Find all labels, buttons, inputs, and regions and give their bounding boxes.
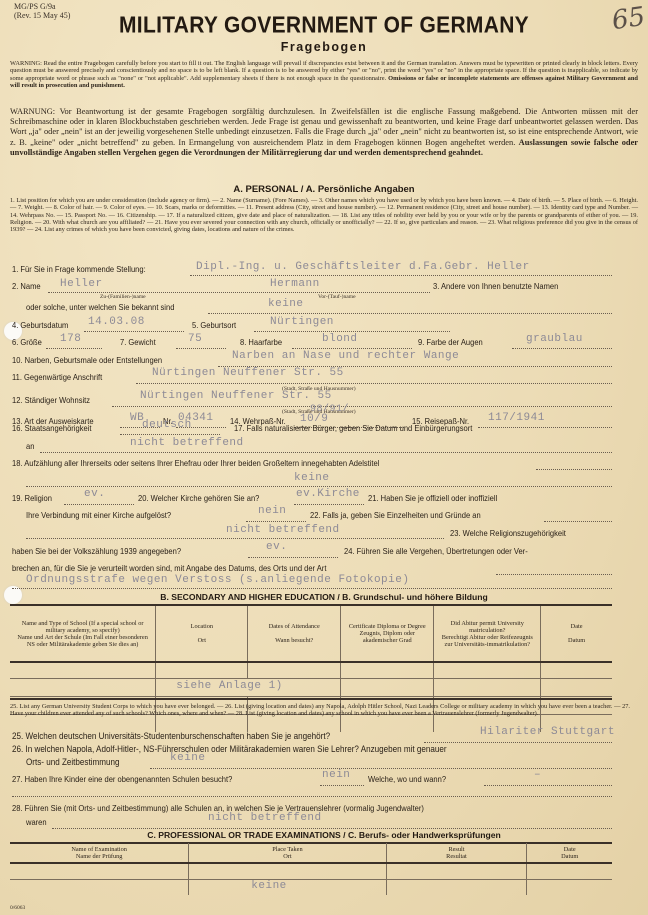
education-answer[interactable]: siehe Anlage 1) bbox=[176, 680, 283, 692]
q17-label-cont: an bbox=[26, 441, 34, 451]
q26-label-cont: Orts- und Zeitbestimmung bbox=[26, 757, 119, 767]
q8-answer[interactable]: blond bbox=[322, 333, 358, 345]
q9-label: 9. Farbe der Augen bbox=[418, 337, 483, 347]
q24-answer[interactable]: Ordnungsstrafe wegen Verstoss (s.anliege… bbox=[26, 574, 409, 586]
q27b-line bbox=[484, 785, 612, 786]
q16-label: 16. Staatsangehörigkeit bbox=[12, 423, 91, 433]
col-school: Name and Type of School (If a special sc… bbox=[10, 606, 156, 662]
q6-label: 6. Größe bbox=[12, 337, 42, 347]
section-b-table-bottom-rule bbox=[10, 698, 612, 700]
warning-german: WARNUNG: Vor Beantwortung ist der gesamt… bbox=[10, 107, 638, 158]
q18-answer[interactable]: keine bbox=[294, 472, 330, 484]
q17-line bbox=[40, 452, 612, 453]
q28-label-cont: waren bbox=[26, 817, 47, 827]
section-c-title: C. PROFESSIONAL OR TRADE EXAMINATIONS / … bbox=[0, 830, 648, 840]
q10-label: 10. Narben, Geburtsmale oder Entstellung… bbox=[12, 355, 162, 365]
q27b-answer[interactable]: – bbox=[534, 769, 541, 781]
col-exam-place: Place TakenOrt bbox=[189, 843, 386, 863]
col-exam-date: DateDatum bbox=[527, 843, 612, 863]
q7-answer[interactable]: 75 bbox=[188, 333, 202, 345]
col-exam-result: ResultResultat bbox=[386, 843, 527, 863]
q1-line bbox=[190, 275, 612, 276]
q6-answer[interactable]: 178 bbox=[60, 333, 81, 345]
col-date: DateDatum bbox=[541, 606, 612, 662]
q22-line-a bbox=[544, 521, 612, 522]
q1-answer[interactable]: Dipl.-Ing. u. Geschäftsleiter d.Fa.Gebr.… bbox=[196, 261, 530, 273]
q27-label: 27. Haben Ihre Kinder eine der obengenan… bbox=[12, 774, 232, 784]
document-subtitle: Fragebogen bbox=[0, 40, 648, 54]
q10-answer[interactable]: Narben an Nase und rechter Wange bbox=[232, 350, 459, 362]
col-location: LocationOrt bbox=[156, 606, 248, 662]
section-a-instructions: 1. List position for which you are under… bbox=[10, 197, 638, 233]
q28-line bbox=[52, 828, 612, 829]
q11-answer[interactable]: Nürtingen Neuffener Str. 55 bbox=[152, 367, 344, 379]
q4-label: 4. Geburtsdatum bbox=[12, 320, 68, 330]
q23-label-cont: haben Sie bei der Volkszählung 1939 ange… bbox=[12, 546, 181, 556]
q25-label: 25. Welchen deutschen Universitäts-Stude… bbox=[12, 731, 330, 741]
exam-row: keine bbox=[10, 879, 612, 895]
form-number: MG/PS G/9a bbox=[14, 2, 70, 11]
q2-label: 2. Name bbox=[12, 281, 41, 291]
q20-label: 20. Welcher Kirche gehören Sie an? bbox=[138, 493, 259, 503]
q27b-label: Welche, wo und wann? bbox=[368, 774, 446, 784]
q18-line-b bbox=[26, 486, 612, 487]
q2-surname-answer[interactable]: Heller bbox=[60, 278, 103, 290]
q3-line bbox=[208, 313, 612, 314]
q27-line-b bbox=[12, 796, 612, 797]
q20-answer[interactable]: ev.Kirche bbox=[296, 488, 360, 500]
q28-answer[interactable]: nicht betreffend bbox=[208, 812, 322, 824]
q25-answer[interactable]: Hilariter Stuttgart bbox=[480, 726, 615, 738]
q26-line bbox=[150, 768, 612, 769]
q21-line bbox=[246, 521, 306, 522]
exam-row bbox=[10, 863, 612, 879]
q18-line-a bbox=[536, 469, 612, 470]
q2-forename-answer[interactable]: Hermann bbox=[270, 278, 320, 290]
q15-line bbox=[478, 427, 612, 428]
col-abitur: Did Abitur permit University matriculati… bbox=[434, 606, 541, 662]
q2-forename-caption: Vor-(Tauf-)name bbox=[318, 294, 356, 300]
q24-label-cont: brechen an, für die Sie je verurteilt wo… bbox=[12, 563, 326, 573]
q19-answer[interactable]: ev. bbox=[84, 488, 105, 500]
q15-answer[interactable]: 117/1941 bbox=[488, 412, 545, 424]
q7-label: 7. Gewicht bbox=[120, 337, 156, 347]
col-exam-name: Name of ExaminationName der Prüfung bbox=[10, 843, 189, 863]
q5-label: 5. Geburtsort bbox=[192, 320, 236, 330]
q26-label: 26. In welchen Napola, Adolf-Hitler-, NS… bbox=[12, 744, 447, 754]
q6-line bbox=[46, 348, 102, 349]
q24-line-b bbox=[12, 588, 612, 589]
section-a-title: A. PERSONAL / A. Persönliche Angaben bbox=[0, 184, 648, 195]
q3-label-cont: oder solche, unter welchen Sie bekannt s… bbox=[26, 302, 174, 312]
q12-line bbox=[112, 406, 612, 407]
examinations-table: Name of ExaminationName der Prüfung Plac… bbox=[10, 843, 612, 895]
q19-label: 19. Religion bbox=[12, 493, 52, 503]
q4-answer[interactable]: 14.03.08 bbox=[88, 316, 145, 328]
q23-label: 23. Welche Religionszugehörigkeit bbox=[450, 528, 566, 538]
q18-label: 18. Aufzählung aller Ihrerseits oder sei… bbox=[12, 458, 379, 468]
q23-line bbox=[248, 557, 338, 558]
fragebogen-page: MG/PS G/9a (Rev. 15 May 45) 65 MILITARY … bbox=[0, 0, 648, 915]
q1-label: 1. Für Sie in Frage kommende Stellung: bbox=[12, 264, 146, 274]
section-b-title: B. SECONDARY AND HIGHER EDUCATION / B. G… bbox=[0, 592, 648, 602]
q24-label: 24. Führen Sie alle Vergehen, Übertretun… bbox=[344, 546, 528, 556]
q21-answer[interactable]: nein bbox=[258, 505, 286, 517]
q16-line bbox=[120, 434, 220, 435]
q12-answer[interactable]: Nürtingen Neuffener Str. 55 bbox=[140, 390, 332, 402]
q22-answer[interactable]: nicht betreffend bbox=[226, 524, 340, 536]
q25-line bbox=[424, 742, 612, 743]
q11-label: 11. Gegenwärtige Anschrift bbox=[12, 372, 102, 382]
q20-line bbox=[294, 504, 364, 505]
q22-label: 22. Falls ja, geben Sie Einzelheiten und… bbox=[310, 510, 481, 520]
q3-answer[interactable]: keine bbox=[268, 298, 304, 310]
exam-answer[interactable]: keine bbox=[251, 880, 287, 892]
col-dates: Dates of AttendanceWann besucht? bbox=[248, 606, 341, 662]
q12-label: 12. Ständiger Wohnsitz bbox=[12, 395, 90, 405]
education-row bbox=[10, 662, 612, 678]
q3-label: 3. Andere von Ihnen benutzte Namen bbox=[433, 281, 558, 291]
q17-label: 17. Falls naturalisierter Bürger, geben … bbox=[234, 423, 472, 433]
q27-answer[interactable]: nein bbox=[322, 769, 350, 781]
q23-answer[interactable]: ev. bbox=[266, 541, 287, 553]
q7-line bbox=[176, 348, 226, 349]
q5-answer[interactable]: Nürtingen bbox=[270, 316, 334, 328]
document-title: MILITARY GOVERNMENT OF GERMANY bbox=[0, 13, 648, 40]
q9-line bbox=[512, 348, 612, 349]
education-row: siehe Anlage 1) bbox=[10, 678, 612, 696]
q16-answer[interactable]: deutsch bbox=[142, 419, 192, 431]
q19-line bbox=[64, 504, 134, 505]
q26-answer[interactable]: keine bbox=[170, 752, 206, 764]
q21-label: 21. Haben Sie je offiziell oder inoffizi… bbox=[368, 493, 497, 503]
section-b-instructions: 25. List any German University Student C… bbox=[10, 703, 630, 718]
warning-english: WARNING: Read the entire Fragebogen care… bbox=[10, 60, 638, 89]
q21-label-cont: Ihre Verbindung mit einer Kirche aufgelö… bbox=[26, 510, 171, 520]
q2-surname-caption: Zu-(Familien-)name bbox=[100, 294, 146, 300]
q8-label: 8. Haarfarbe bbox=[240, 337, 282, 347]
q9-answer[interactable]: graublau bbox=[526, 333, 583, 345]
q8-line bbox=[292, 348, 412, 349]
q2-line bbox=[48, 292, 430, 293]
print-code: 0/6063 bbox=[10, 905, 25, 911]
q5-line bbox=[254, 331, 450, 332]
q4-line bbox=[84, 331, 184, 332]
q27-line bbox=[320, 785, 364, 786]
q11-line bbox=[136, 383, 612, 384]
q17-answer[interactable]: nicht betreffend bbox=[130, 437, 244, 449]
q24-line-a bbox=[496, 574, 612, 575]
q22-line-b bbox=[26, 538, 444, 539]
col-certificate: Certificate Diploma or DegreeZeugnis, Di… bbox=[341, 606, 434, 662]
